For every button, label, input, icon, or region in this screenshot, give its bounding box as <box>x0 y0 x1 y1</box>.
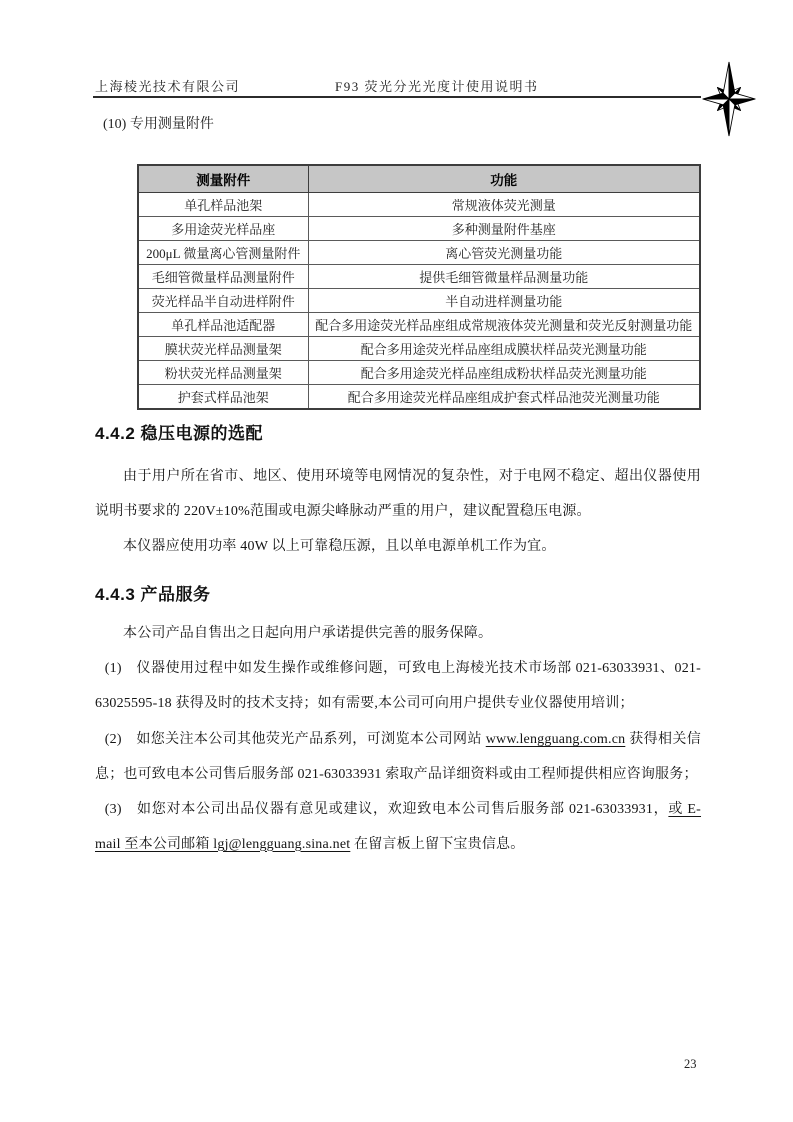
accessories-heading: (10) 专用测量附件 <box>103 113 214 133</box>
table-row: 粉状荧光样品测量架 配合多用途荧光样品座组成粉状样品荧光测量功能 <box>138 361 700 385</box>
table-row: 护套式样品池架 配合多用途荧光样品座组成护套式样品池荧光测量功能 <box>138 385 700 410</box>
function-cell: 多种测量附件基座 <box>308 217 700 241</box>
function-cell: 配合多用途荧光样品座组成常规液体荧光测量和荧光反射测量功能 <box>308 313 700 337</box>
table-row: 荧光样品半自动进样附件 半自动进样测量功能 <box>138 289 700 313</box>
function-cell: 配合多用途荧光样品座组成膜状样品荧光测量功能 <box>308 337 700 361</box>
function-cell: 配合多用途荧光样品座组成粉状样品荧光测量功能 <box>308 361 700 385</box>
website-link[interactable]: www.lengguang.com.cn <box>486 732 626 747</box>
para-power-supply-1: 由于用户所在省市、地区、使用环境等电网情况的复杂性，对于电网不稳定、超出仪器使用… <box>95 460 701 529</box>
table-row: 单孔样品池架 常规液体荧光测量 <box>138 193 700 217</box>
page-number: 23 <box>684 1057 697 1072</box>
service-item-1: (1) 仪器使用过程中如发生操作或维修问题，可致电上海棱光技术市场部 021-6… <box>95 652 701 721</box>
table-row: 单孔样品池适配器 配合多用途荧光样品座组成常规液体荧光测量和荧光反射测量功能 <box>138 313 700 337</box>
accessory-cell: 200μL 微量离心管测量附件 <box>138 241 308 265</box>
function-cell: 配合多用途荧光样品座组成护套式样品池荧光测量功能 <box>308 385 700 410</box>
service-item-2-text: (2) 如您关注本公司其他荧光产品系列，可浏览本公司网站 <box>105 732 486 747</box>
table-row: 多用途荧光样品座 多种测量附件基座 <box>138 217 700 241</box>
section-442-title: 4.4.2 稳压电源的选配 <box>95 419 263 444</box>
table-row: 毛细管微量样品测量附件 提供毛细管微量样品测量功能 <box>138 265 700 289</box>
accessory-cell: 粉状荧光样品测量架 <box>138 361 308 385</box>
compass-rose-icon <box>699 60 759 138</box>
section-443-title: 4.4.3 产品服务 <box>95 580 211 605</box>
col-header-function: 功能 <box>308 165 700 193</box>
function-cell: 半自动进样测量功能 <box>308 289 700 313</box>
accessory-cell: 单孔样品池适配器 <box>138 313 308 337</box>
service-item-3-text: (3) 如您对本公司出品仪器有意见或建议，欢迎致电本公司售后服务部 021-63… <box>105 802 669 817</box>
table-header-row: 测量附件 功能 <box>138 165 700 193</box>
accessory-cell: 护套式样品池架 <box>138 385 308 410</box>
accessory-cell: 膜状荧光样品测量架 <box>138 337 308 361</box>
table-row: 膜状荧光样品测量架 配合多用途荧光样品座组成膜状样品荧光测量功能 <box>138 337 700 361</box>
col-header-accessory: 测量附件 <box>138 165 308 193</box>
service-item-3-text: 在留言板上留下宝贵信息。 <box>350 837 524 852</box>
accessory-cell: 毛细管微量样品测量附件 <box>138 265 308 289</box>
manual-page: 上海棱光技术有限公司 F93 荧光分光光度计使用说明书 (10) 专用测量附件 <box>0 0 793 1122</box>
table-row: 200μL 微量离心管测量附件 离心管荧光测量功能 <box>138 241 700 265</box>
function-cell: 提供毛细管微量样品测量功能 <box>308 265 700 289</box>
para-service-intro: 本公司产品自售出之日起向用户承诺提供完善的服务保障。 <box>95 617 701 652</box>
para-power-supply-2: 本仪器应使用功率 40W 以上可靠稳压源，且以单电源单机工作为宜。 <box>95 530 701 565</box>
function-cell: 常规液体荧光测量 <box>308 193 700 217</box>
accessories-table: 测量附件 功能 单孔样品池架 常规液体荧光测量 多用途荧光样品座 多种测量附件基… <box>137 164 701 410</box>
function-cell: 离心管荧光测量功能 <box>308 241 700 265</box>
service-item-2: (2) 如您关注本公司其他荧光产品系列，可浏览本公司网站 www.lenggua… <box>95 723 701 792</box>
accessory-cell: 多用途荧光样品座 <box>138 217 308 241</box>
accessory-cell: 荧光样品半自动进样附件 <box>138 289 308 313</box>
header-doc-title: F93 荧光分光光度计使用说明书 <box>335 76 538 95</box>
header-company-name: 上海棱光技术有限公司 <box>95 76 240 95</box>
header-rule <box>93 96 701 98</box>
service-item-3: (3) 如您对本公司出品仪器有意见或建议，欢迎致电本公司售后服务部 021-63… <box>95 793 701 862</box>
accessory-cell: 单孔样品池架 <box>138 193 308 217</box>
